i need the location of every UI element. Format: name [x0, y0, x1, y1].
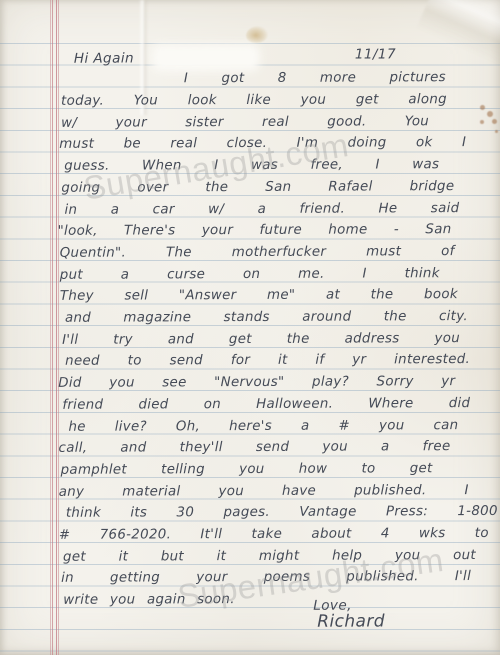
letter-date: 11/17: [355, 46, 396, 62]
letter-line-14: I'lltryandgettheaddressyou: [62, 324, 460, 347]
letter-line-12: Theysell"Answerme"atthebook: [60, 281, 458, 304]
letter-line-16: Didyousee"Nervous"play?Sorryyr: [58, 368, 455, 391]
letter-line-13: andmagazinestandsaroundthecity.: [65, 302, 468, 325]
letter-line-3: today.Youlooklikeyougetalong: [61, 86, 447, 109]
letter-greeting: Hi Again: [74, 51, 134, 67]
letter-line-2: Igot8morepictures: [184, 64, 446, 87]
letter-line-4: w/yoursisterrealgood.You: [61, 107, 429, 130]
letter-line-19: call,andthey'llsendyouafree: [58, 433, 450, 456]
letter-line-10: Quentin".Themotherfuckermustof: [60, 237, 455, 260]
letter-line-15: needtosendforitifyrinterested.: [65, 346, 470, 369]
letter-line-9: "look,There'syourfuturehome-San: [58, 216, 452, 239]
letter-line-22: thinkits30pages.VantagePress:1-800: [66, 498, 498, 522]
letter-line-5: mustberealclose.I'mdoingokI: [59, 129, 466, 152]
letter-line-11: putacurseonme.Ithink: [60, 259, 440, 282]
letter-line-8: inacarw/afriend.Hesaid: [64, 194, 459, 217]
letter-line-21: anymaterialyouhavepublished.I: [59, 476, 469, 499]
letter-page: Hi Again 11/17 Love, Richard Igot8morepi…: [0, 0, 500, 655]
letter-line-18: helive?Oh,here'sa#youcan: [68, 411, 458, 434]
letter-line-23: #766-2020.It'lltakeabout4wksto: [59, 519, 489, 543]
letter-line-24: getitbutitmighthelpyouout: [63, 541, 476, 564]
letter-line-6: guess.WhenIwasfree,Iwas: [64, 151, 439, 174]
letter-line-20: pamphlettellingyouhowtoget: [61, 455, 433, 478]
letter-line-25: ingettingyourpoemspublished.I'll: [61, 563, 471, 586]
letter-signature: Richard: [317, 611, 385, 631]
letter-line-26: write you again soon.: [63, 585, 331, 608]
letter-body: Hi Again 11/17 Love, Richard Igot8morepi…: [0, 0, 500, 655]
letter-line-7: goingovertheSanRafaelbridge: [61, 172, 454, 195]
letter-line-17: frienddiedonHalloween.Wheredid: [62, 389, 470, 412]
